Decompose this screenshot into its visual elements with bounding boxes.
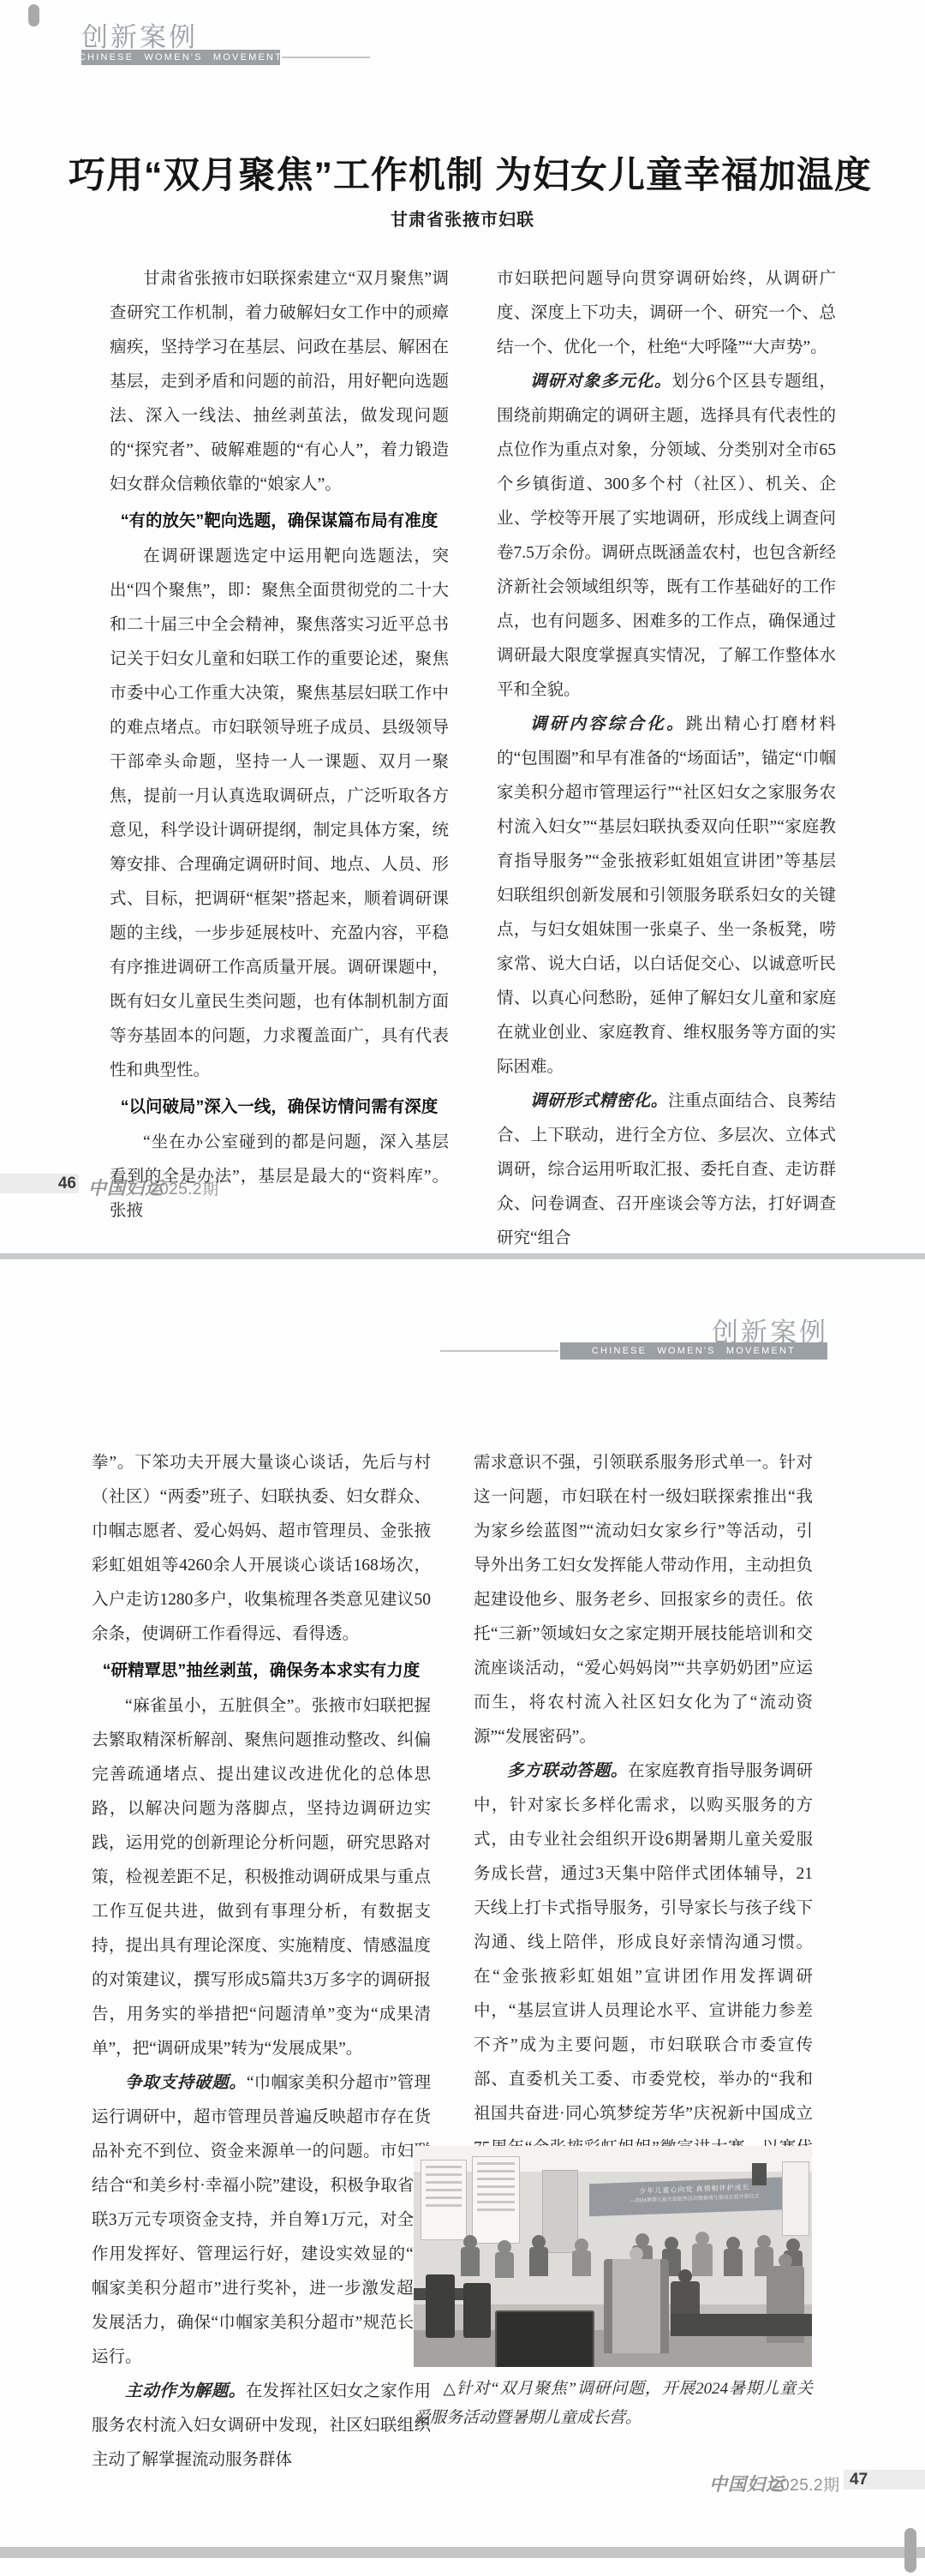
text-column-right: 需求意识不强，引领联系服务形式单一。针对这一问题，市妇联在村一级妇联探索推出“我…	[474, 1446, 813, 2200]
photo-caption: △针对“双月聚焦”调研问题，开展2024暑期儿童关爱服务活动暨暑期儿童成长营。	[414, 2375, 813, 2433]
column-heading: “以问破局”深入一线，确保访情问需有深度	[110, 1090, 449, 1124]
bottom-scrollbar-track[interactable]	[0, 2547, 925, 2558]
paragraph: 调研内容综合化。跳出精心打磨材料的“包围圈”和早有准备的“场面话”，锚定“巾帼家…	[497, 708, 836, 1085]
journal-issue: 2025.2期	[771, 2472, 840, 2495]
scrollbar-thumb-bottom[interactable]	[904, 2528, 916, 2573]
section-sublabel-bar: CHINESE WOMEN'S MOVEMENT	[560, 1342, 827, 1360]
paragraph: 拳”。下笨功夫开展大量谈心谈话，先后与村（社区）“两委”班子、妇联执委、妇女群众…	[92, 1446, 431, 1652]
paragraph-lead: 多方联动答题。	[507, 1762, 628, 1780]
paragraph: 在调研课题选定中运用靶向选题法，突出“四个聚焦”，即：聚焦全面贯彻党的二十大和二…	[110, 540, 449, 1088]
column-heading: “有的放矢”靶向选题，确保谋篇布局有准度	[110, 504, 449, 538]
page-number: 46	[0, 1174, 79, 1193]
person-figure	[495, 2252, 514, 2278]
section-label: 创新案例	[81, 15, 198, 54]
paragraph-lead: 调研内容综合化。	[530, 715, 686, 733]
text-column-left: 拳”。下笨功夫开展大量谈心谈话，先后与村（社区）“两委”班子、妇联执委、妇女群众…	[92, 1446, 431, 2477]
volunteer-figure	[604, 2259, 669, 2353]
magazine-page-47: 创新案例 CHINESE WOMEN'S MOVEMENT 拳”。下笨功夫开展大…	[0, 1259, 925, 2547]
paragraph-lead: 调研形式精密化。	[530, 1092, 668, 1110]
column-heading: “研精覃思”抽丝剥茧，确保务本求实有力度	[92, 1653, 431, 1688]
section-sublabel-bar: CHINESE WOMEN'S MOVEMENT	[81, 50, 280, 65]
person-figure	[529, 2247, 548, 2276]
person-figure	[572, 2250, 591, 2276]
window-icon	[782, 2161, 809, 2236]
laptop-icon	[495, 2310, 594, 2367]
page-divider	[0, 1253, 925, 1259]
paragraph: 调研形式精密化。注重点面结合、良莠结合、上下联动，进行全方位、多层次、立体式调研…	[497, 1085, 836, 1256]
event-banner: 少年儿童心向党 真情相伴护成长 —2024暑期儿童关爱服务活动暨暑期儿童成长营开…	[589, 2177, 800, 2217]
header-rule	[440, 1350, 558, 1352]
text-column-left: 甘肃省张掖市妇联探索建立“双月聚焦”调查研究工作机制，着力破解妇女工作中的顽瘴痼…	[110, 262, 449, 1228]
paragraph: “麻雀虽小，五脏俱全”。张掖市妇联把握去繁取精深析解剖、聚焦问题推动整改、纠偏完…	[92, 1689, 431, 2066]
chair	[426, 2274, 455, 2338]
wall-poster-icon	[472, 2156, 520, 2244]
wall-poster-icon	[421, 2160, 467, 2240]
article-title: 巧用“双月聚焦”工作机制 为妇女儿童幸福加温度	[69, 146, 856, 199]
paragraph-lead: 主动作为解题。	[125, 2382, 246, 2400]
person-figure	[461, 2247, 480, 2276]
journal-issue: 2025.2期	[150, 1176, 219, 1199]
paragraph: 调研对象多元化。划分6个区县专题组，围绕前期确定的调研主题，选择具有代表性的点位…	[497, 365, 836, 708]
table	[671, 2314, 812, 2336]
scrollbar-thumb-top[interactable]	[28, 4, 39, 27]
header-rule	[282, 57, 370, 58]
paragraph: 多方联动答题。在家庭教育指导服务调研中，针对家长多样化需求，以购买服务的方式，由…	[474, 1754, 813, 2200]
paragraph: 甘肃省张掖市妇联探索建立“双月聚焦”调查研究工作机制，着力破解妇女工作中的顽瘴痼…	[110, 262, 449, 502]
person-figure	[724, 2249, 743, 2276]
magazine-page-46: 创新案例 CHINESE WOMEN'S MOVEMENT 巧用“双月聚焦”工作…	[0, 0, 925, 1253]
paragraph: 需求意识不强，引领联系服务形式单一。针对这一问题，市妇联在村一级妇联探索推出“我…	[474, 1446, 813, 1754]
chair	[463, 2283, 491, 2338]
photo-children-activity: 少年儿童心向党 真情相伴护成长 —2024暑期儿童关爱服务活动暨暑期儿童成长营开…	[414, 2146, 812, 2367]
paragraph: 市妇联把问题导向贯穿调研始终，从调研广度、深度上下功夫，调研一个、研究一个、总结…	[497, 262, 836, 365]
page-number: 47	[844, 2470, 925, 2489]
person-figure	[692, 2244, 713, 2276]
paragraph: 主动作为解题。在发挥社区妇女之家作用服务农村流入妇女调研中发现，社区妇联组织主动…	[92, 2375, 431, 2477]
text-column-right: 市妇联把问题导向贯穿调研始终，从调研广度、深度上下功夫，调研一个、研究一个、总结…	[497, 262, 836, 1256]
door-icon	[542, 2170, 578, 2253]
paragraph-lead: 争取支持破题。	[125, 2074, 247, 2092]
speaker-icon	[752, 2163, 767, 2185]
article-byline: 甘肃省张掖市妇联	[0, 206, 925, 230]
paragraph-lead: 调研对象多元化。	[530, 373, 672, 391]
paragraph: 争取支持破题。“巾帼家美积分超市”管理运行调研中，超市管理员普遍反映超市存在货品…	[92, 2066, 431, 2375]
